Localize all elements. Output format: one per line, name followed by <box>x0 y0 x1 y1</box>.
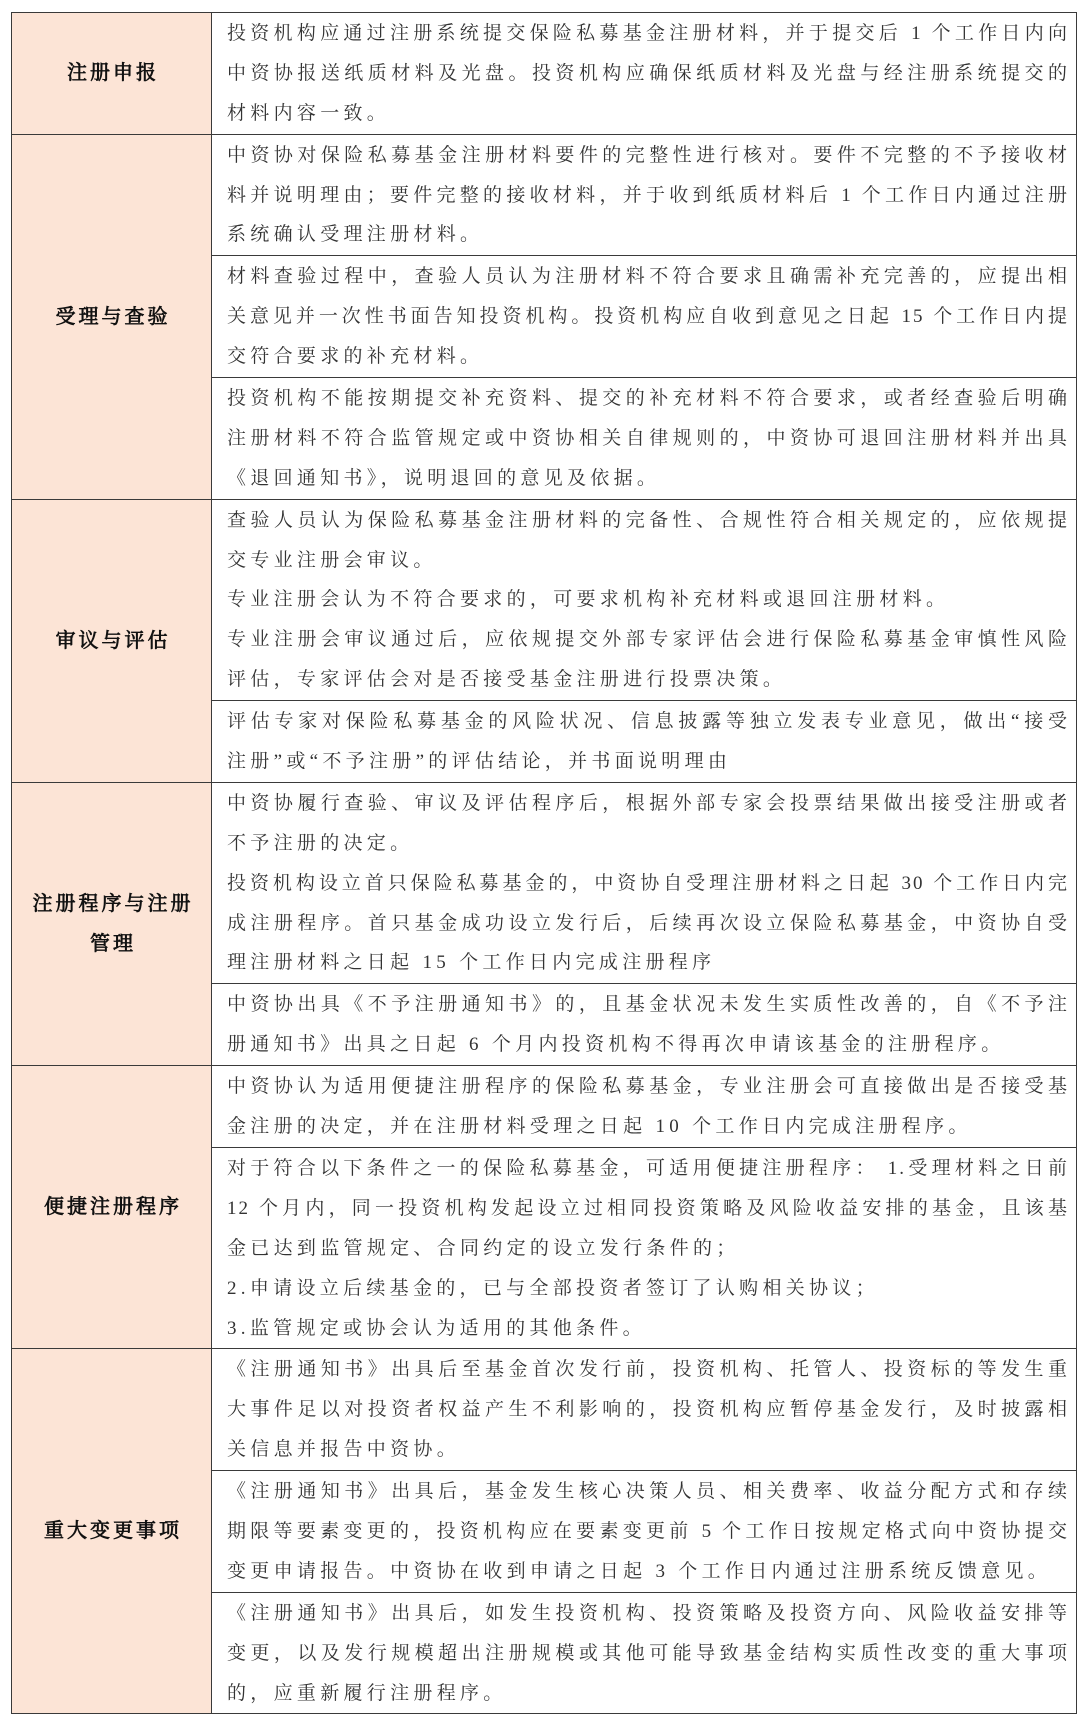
text-line: 交符合要求的补充材料。 <box>227 337 1069 377</box>
text-line: 2.申请设立后续基金的，已与全部投资者签订了认购相关协议； <box>227 1269 1069 1309</box>
stage-detail-cell: 查验人员认为保险私募基金注册材料的完备性、合规性符合相关规定的，应依规提 交专业… <box>212 499 1077 700</box>
text-line: 评估，专家评估会对是否接受基金注册进行投票决策。 <box>227 660 1069 700</box>
stage-detail-cell: 中资协对保险私募基金注册材料要件的完整性进行核对。要件不完整的不予接收材 料并说… <box>212 134 1077 256</box>
text-line: 专业注册会认为不符合要求的，可要求机构补充材料或退回注册材料。 <box>227 580 1069 620</box>
text-line: 材料内容一致。 <box>227 94 1069 134</box>
stage-detail-cell: 《注册通知书》出具后，如发生投资机构、投资策略及投资方向、风险收益安排等 变更，… <box>212 1592 1077 1714</box>
table-row: 注册申报 投资机构应通过注册系统提交保险私募基金注册材料，并于提交后 1 个工作… <box>12 13 1077 135</box>
paragraph: 3.监管规定或协会认为适用的其他条件。 <box>227 1309 1069 1349</box>
paragraph: 投资机构应通过注册系统提交保险私募基金注册材料，并于提交后 1 个工作日内向 中… <box>227 14 1069 134</box>
paragraph: 材料查验过程中，查验人员认为注册材料不符合要求且确需补充完善的，应提出相 关意见… <box>227 257 1069 377</box>
stage-detail-cell: 评估专家对保险私募基金的风险状况、信息披露等独立发表专业意见，做出“接受 注册”… <box>212 701 1077 783</box>
stage-detail-cell: 中资协出具《不予注册通知书》的，且基金状况未发生实质性改善的，自《不予注 册通知… <box>212 984 1077 1066</box>
stage-label-text: 管理 <box>15 924 211 964</box>
text-line: 3.监管规定或协会认为适用的其他条件。 <box>227 1309 1069 1349</box>
paragraph: 中资协对保险私募基金注册材料要件的完整性进行核对。要件不完整的不予接收材 料并说… <box>227 136 1069 256</box>
stage-detail-cell: 对于符合以下条件之一的保险私募基金，可适用便捷注册程序： 1.受理材料之日前 1… <box>212 1147 1077 1348</box>
text-line: 关信息并报告中资协。 <box>227 1430 1069 1470</box>
stage-label-text: 重大变更事项 <box>15 1511 211 1551</box>
table-row: 受理与查验 中资协对保险私募基金注册材料要件的完整性进行核对。要件不完整的不予接… <box>12 134 1077 256</box>
text-line: 材料查验过程中，查验人员认为注册材料不符合要求且确需补充完善的，应提出相 <box>227 257 1069 297</box>
stage-label-registration-filing: 注册申报 <box>12 13 212 135</box>
paragraph: 专业注册会认为不符合要求的，可要求机构补充材料或退回注册材料。 <box>227 580 1069 620</box>
paragraph: 《注册通知书》出具后，基金发生核心决策人员、相关费率、收益分配方式和存续 期限等… <box>227 1472 1069 1592</box>
text-line: 中资协报送纸质材料及光盘。投资机构应确保纸质材料及光盘与经注册系统提交的 <box>227 54 1069 94</box>
stage-label-expedited-registration: 便捷注册程序 <box>12 1066 212 1349</box>
stage-detail-cell: 中资协履行查验、审议及评估程序后，根据外部专家会投票结果做出接受注册或者 不予注… <box>212 782 1077 983</box>
text-line: 中资协出具《不予注册通知书》的，且基金状况未发生实质性改善的，自《不予注 <box>227 985 1069 1025</box>
text-line: 的，应重新履行注册程序。 <box>227 1674 1069 1714</box>
text-line: 专业注册会审议通过后，应依规提交外部专家评估会进行保险私募基金审慎性风险 <box>227 620 1069 660</box>
table-row: 重大变更事项 《注册通知书》出具后至基金首次发行前，投资机构、托管人、投资标的等… <box>12 1349 1077 1471</box>
text-line: 评估专家对保险私募基金的风险状况、信息披露等独立发表专业意见，做出“接受 <box>227 702 1069 742</box>
stage-detail-cell: 《注册通知书》出具后，基金发生核心决策人员、相关费率、收益分配方式和存续 期限等… <box>212 1471 1077 1593</box>
text-line: 《注册通知书》出具后至基金首次发行前，投资机构、托管人、投资标的等发生重 <box>227 1350 1069 1390</box>
text-line: 金注册的决定，并在注册材料受理之日起 10 个工作日内完成注册程序。 <box>227 1107 1069 1147</box>
paragraph: 《注册通知书》出具后至基金首次发行前，投资机构、托管人、投资标的等发生重 大事件… <box>227 1350 1069 1470</box>
text-line: 变更，以及发行规模超出注册规模或其他可能导致基金结构实质性改变的重大事项 <box>227 1634 1069 1674</box>
stage-label-registration-procedure-management: 注册程序与注册 管理 <box>12 782 212 1065</box>
text-line: 注册”或“不予注册”的评估结论，并书面说明理由 <box>227 742 1069 782</box>
stage-label-text: 注册申报 <box>15 53 211 93</box>
paragraph: 中资协认为适用便捷注册程序的保险私募基金，专业注册会可直接做出是否接受基 金注册… <box>227 1067 1069 1147</box>
paragraph: 《注册通知书》出具后，如发生投资机构、投资策略及投资方向、风险收益安排等 变更，… <box>227 1594 1069 1714</box>
text-line: 《注册通知书》出具后，基金发生核心决策人员、相关费率、收益分配方式和存续 <box>227 1472 1069 1512</box>
text-line: 投资机构应通过注册系统提交保险私募基金注册材料，并于提交后 1 个工作日内向 <box>227 14 1069 54</box>
text-line: 大事件足以对投资者权益产生不利影响的，投资机构应暂停基金发行，及时披露相 <box>227 1390 1069 1430</box>
table-row: 注册程序与注册 管理 中资协履行查验、审议及评估程序后，根据外部专家会投票结果做… <box>12 782 1077 983</box>
paragraph: 对于符合以下条件之一的保险私募基金，可适用便捷注册程序： 1.受理材料之日前 1… <box>227 1149 1069 1269</box>
stage-label-text: 便捷注册程序 <box>15 1187 211 1227</box>
text-line: 中资协对保险私募基金注册材料要件的完整性进行核对。要件不完整的不予接收材 <box>227 136 1069 176</box>
text-line: 金已达到监管规定、合同约定的设立发行条件的； <box>227 1229 1069 1269</box>
text-line: 中资协履行查验、审议及评估程序后，根据外部专家会投票结果做出接受注册或者 <box>227 784 1069 824</box>
paragraph: 专业注册会审议通过后，应依规提交外部专家评估会进行保险私募基金审慎性风险 评估，… <box>227 620 1069 700</box>
paragraph: 投资机构设立首只保险私募基金的，中资协自受理注册材料之日起 30 个工作日内完 … <box>227 864 1069 984</box>
text-line: 《退回通知书》，说明退回的意见及依据。 <box>227 459 1069 499</box>
stage-label-material-changes: 重大变更事项 <box>12 1349 212 1714</box>
text-line: 关意见并一次性书面告知投资机构。投资机构应自收到意见之日起 15 个工作日内提 <box>227 297 1069 337</box>
text-line: 对于符合以下条件之一的保险私募基金，可适用便捷注册程序： 1.受理材料之日前 <box>227 1149 1069 1189</box>
stage-label-text: 受理与查验 <box>15 297 211 337</box>
table-row: 审议与评估 查验人员认为保险私募基金注册材料的完备性、合规性符合相关规定的，应依… <box>12 499 1077 700</box>
stage-label-deliberation-assessment: 审议与评估 <box>12 499 212 782</box>
stage-detail-cell: 投资机构不能按期提交补充资料、提交的补充材料不符合要求，或者经查验后明确 注册材… <box>212 378 1077 500</box>
text-line: 变更申请报告。中资协在收到申请之日起 3 个工作日内通过注册系统反馈意见。 <box>227 1552 1069 1592</box>
paragraph: 2.申请设立后续基金的，已与全部投资者签订了认购相关协议； <box>227 1269 1069 1309</box>
text-line: 《注册通知书》出具后，如发生投资机构、投资策略及投资方向、风险收益安排等 <box>227 1594 1069 1634</box>
stage-label-text: 注册程序与注册 <box>15 884 211 924</box>
text-line: 期限等要素变更的，投资机构应在要素变更前 5 个工作日按规定格式向中资协提交 <box>227 1512 1069 1552</box>
stage-label-acceptance-review: 受理与查验 <box>12 134 212 499</box>
paragraph: 投资机构不能按期提交补充资料、提交的补充材料不符合要求，或者经查验后明确 注册材… <box>227 379 1069 499</box>
stage-detail-cell: 《注册通知书》出具后至基金首次发行前，投资机构、托管人、投资标的等发生重 大事件… <box>212 1349 1077 1471</box>
paragraph: 评估专家对保险私募基金的风险状况、信息披露等独立发表专业意见，做出“接受 注册”… <box>227 702 1069 782</box>
paragraph: 中资协履行查验、审议及评估程序后，根据外部专家会投票结果做出接受注册或者 不予注… <box>227 784 1069 864</box>
stage-label-text: 审议与评估 <box>15 621 211 661</box>
stage-detail-cell: 中资协认为适用便捷注册程序的保险私募基金，专业注册会可直接做出是否接受基 金注册… <box>212 1066 1077 1148</box>
table-row: 便捷注册程序 中资协认为适用便捷注册程序的保险私募基金，专业注册会可直接做出是否… <box>12 1066 1077 1148</box>
text-line: 中资协认为适用便捷注册程序的保险私募基金，专业注册会可直接做出是否接受基 <box>227 1067 1069 1107</box>
paragraph: 中资协出具《不予注册通知书》的，且基金状况未发生实质性改善的，自《不予注 册通知… <box>227 985 1069 1065</box>
registration-process-table: 注册申报 投资机构应通过注册系统提交保险私募基金注册材料，并于提交后 1 个工作… <box>11 12 1077 1714</box>
stage-detail-cell: 材料查验过程中，查验人员认为注册材料不符合要求且确需补充完善的，应提出相 关意见… <box>212 256 1077 378</box>
text-line: 不予注册的决定。 <box>227 824 1069 864</box>
text-line: 查验人员认为保险私募基金注册材料的完备性、合规性符合相关规定的，应依规提 <box>227 501 1069 541</box>
text-line: 12 个月内，同一投资机构发起设立过相同投资策略及风险收益安排的基金，且该基 <box>227 1189 1069 1229</box>
text-line: 成注册程序。首只基金成功设立发行后，后续再次设立保险私募基金，中资协自受 <box>227 904 1069 944</box>
text-line: 投资机构不能按期提交补充资料、提交的补充材料不符合要求，或者经查验后明确 <box>227 379 1069 419</box>
text-line: 系统确认受理注册材料。 <box>227 215 1069 255</box>
text-line: 注册材料不符合监管规定或中资协相关自律规则的，中资协可退回注册材料并出具 <box>227 419 1069 459</box>
text-line: 料并说明理由；要件完整的接收材料，并于收到纸质材料后 1 个工作日内通过注册 <box>227 176 1069 216</box>
stage-detail-cell: 投资机构应通过注册系统提交保险私募基金注册材料，并于提交后 1 个工作日内向 中… <box>212 13 1077 135</box>
text-line: 交专业注册会审议。 <box>227 541 1069 581</box>
text-line: 册通知书》出具之日起 6 个月内投资机构不得再次申请该基金的注册程序。 <box>227 1025 1069 1065</box>
text-line: 理注册材料之日起 15 个工作日内完成注册程序 <box>227 943 1069 983</box>
text-line: 投资机构设立首只保险私募基金的，中资协自受理注册材料之日起 30 个工作日内完 <box>227 864 1069 904</box>
paragraph: 查验人员认为保险私募基金注册材料的完备性、合规性符合相关规定的，应依规提 交专业… <box>227 501 1069 581</box>
